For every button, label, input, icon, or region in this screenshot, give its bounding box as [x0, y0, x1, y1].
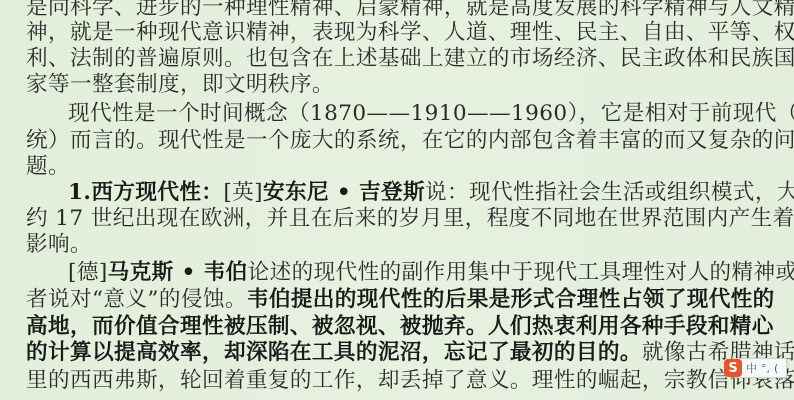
text-segment-bold: 高地，而价值合理性被压制、被忽视、被抛弃。人们热衷利用各种手段和精心 [26, 314, 774, 339]
text-line-5: 现代性是一个时间概念（1870——1910——1960），它是相对于前现代（传 [68, 100, 766, 128]
text-line-8: 1.西方现代性：[英]安东尼 • 吉登斯说：现代性指社会生活或组织模式，大 [68, 179, 766, 207]
text-segment: 者说对“意义”的侵蚀。 [26, 287, 247, 312]
text-segment: [德] [68, 260, 108, 285]
text-line-7: 题。 [26, 153, 766, 181]
text-segment: 约 17 世纪出现在欧洲，并且在后来的岁月里，程度不同地在世界范围内产生着 [26, 206, 794, 231]
text-segment: 论述的现代性的副作用集中于现代工具理性对人的精神或 [248, 260, 794, 285]
ime-language-mode-toggle[interactable]: 中 [746, 360, 757, 376]
document-page: 是向科学、进步的一种理性精神、启蒙精神，就是高度发展的科学精神与人文精 神，就是… [0, 0, 794, 400]
text-segment: 是向科学、进步的一种理性精神、启蒙精神，就是高度发展的科学精神与人文精 [26, 0, 794, 20]
text-segment-bold: 的计算以提高效率，却深陷在工具的泥沼，忘记了最初的目的。 [26, 340, 642, 365]
text-line-2: 神，就是一种现代意识精神，表现为科学、人道、理性、民主、自由、平等、权 [26, 19, 766, 47]
text-segment: 利、法制的普遍原则。也包含在上述基础上建立的市场经济、民主政体和民族国 [26, 46, 794, 71]
ime-emoji-button[interactable]: ( [774, 362, 778, 375]
text-line-3: 利、法制的普遍原则。也包含在上述基础上建立的市场经济、民主政体和民族国 [26, 45, 766, 73]
text-line-10: 影响。 [26, 231, 766, 259]
author-giddens: 安东尼 • 吉登斯 [263, 180, 425, 205]
text-segment: 神，就是一种现代意识精神，表现为科学、人道、理性、民主、自由、平等、权 [26, 20, 794, 45]
text-line-14: 的计算以提高效率，却深陷在工具的泥沼，忘记了最初的目的。就像古希腊神话 [26, 339, 766, 367]
text-segment: [英] [223, 180, 263, 205]
text-line-13: 高地，而价值合理性被压制、被忽视、被抛弃。人们热衷利用各种手段和精心 [26, 313, 766, 341]
text-line-15: 里的西西弗斯，轮回着重复的工作，却丢掉了意义。理性的崛起，宗教信仰衰落， [26, 367, 766, 395]
text-line-6: 统）而言的。现代性是一个庞大的系统，在它的内部包含着丰富的而又复杂的问 [26, 127, 766, 155]
text-segment: 说：现代性指社会生活或组织模式，大 [425, 180, 794, 205]
text-line-4: 家等一整套制度，即文明秩序。 [26, 71, 766, 99]
ime-punctuation-toggle[interactable]: °, [761, 362, 770, 375]
text-segment: 影响。 [26, 232, 92, 257]
text-line-9: 约 17 世纪出现在欧洲，并且在后来的岁月里，程度不同地在世界范围内产生着 [26, 205, 766, 233]
text-line-12: 者说对“意义”的侵蚀。韦伯提出的现代性的后果是形式合理性占领了现代性的 [26, 286, 766, 314]
text-segment: 现代性是一个时间概念（1870——1910——1960），它是相对于前现代（传 [68, 101, 794, 126]
text-segment: 题。 [26, 154, 70, 179]
text-segment: 家等一整套制度，即文明秩序。 [26, 72, 334, 97]
text-segment: 统）而言的。现代性是一个庞大的系统，在它的内部包含着丰富的而又复杂的问 [26, 128, 794, 153]
text-line-11: [德]马克斯 • 韦伯论述的现代性的副作用集中于现代工具理性对人的精神或 [68, 259, 766, 287]
text-segment: 里的西西弗斯，轮回着重复的工作，却丢掉了意义。理性的崛起，宗教信仰衰落， [26, 368, 794, 393]
author-weber: 马克斯 • 韦伯 [108, 260, 248, 285]
sogou-ime-logo-icon[interactable]: S [724, 359, 742, 377]
heading-western-modernity: 1.西方现代性： [68, 180, 223, 205]
ime-toolbar[interactable]: S 中 °, ( [733, 358, 787, 378]
text-segment-bold: 韦伯提出的现代性的后果是形式合理性占领了现代性的 [247, 287, 775, 312]
